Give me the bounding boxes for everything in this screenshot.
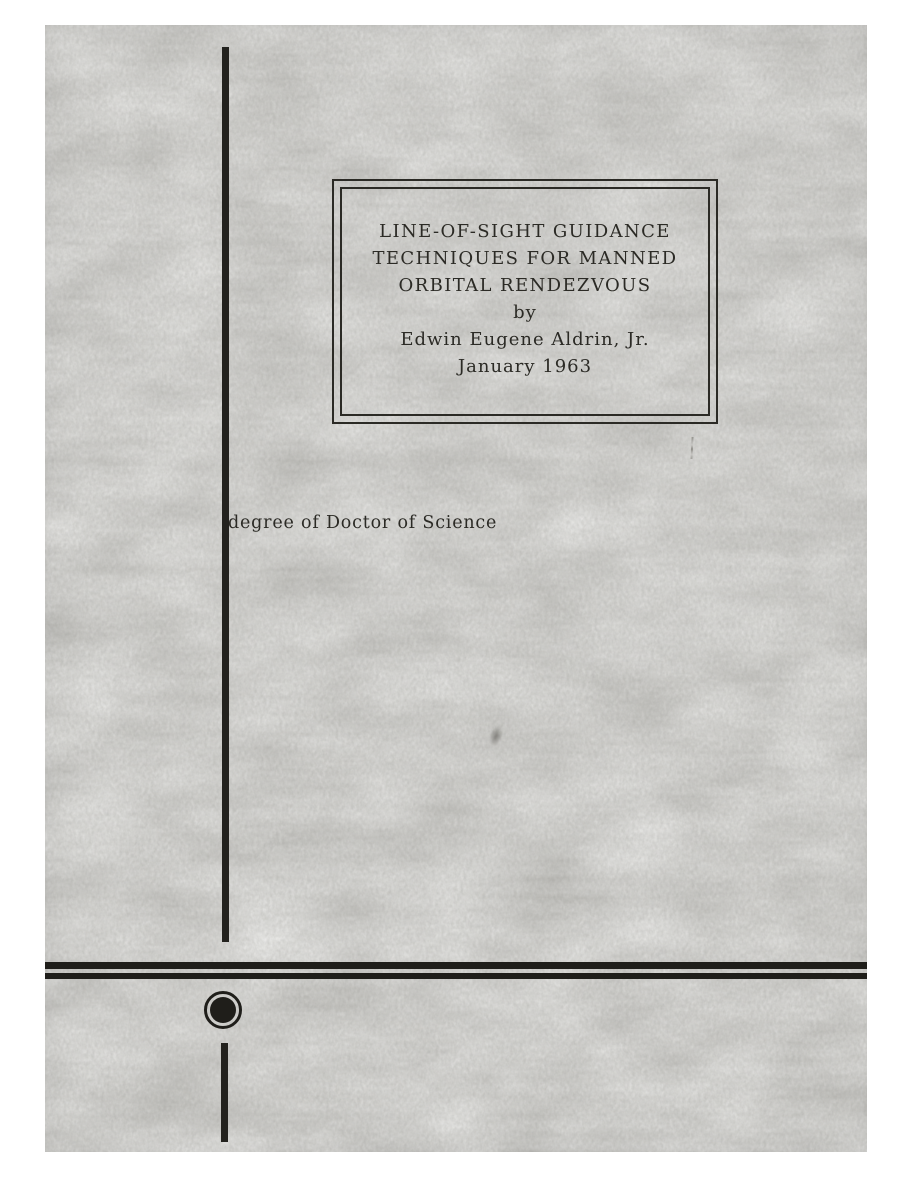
scanned-thesis-cover-page: LINE-OF-SIGHT GUIDANCE TECHNIQUES FOR MA…: [45, 25, 867, 1152]
bullseye-dot: [210, 997, 236, 1023]
thesis-title-line-3: ORBITAL RENDEZVOUS: [398, 272, 651, 299]
title-box-inner-border: LINE-OF-SIGHT GUIDANCE TECHNIQUES FOR MA…: [340, 187, 710, 416]
horizontal-rule-top: [45, 962, 867, 969]
scratch-mark: [690, 437, 693, 459]
thesis-title-line-1: LINE-OF-SIGHT GUIDANCE: [379, 218, 671, 245]
degree-note: degree of Doctor of Science: [228, 510, 497, 536]
publication-date: January 1963: [458, 353, 592, 380]
title-box: LINE-OF-SIGHT GUIDANCE TECHNIQUES FOR MA…: [332, 179, 718, 424]
vertical-rule-bottom: [221, 1043, 228, 1142]
bullseye-mark: [204, 991, 242, 1029]
byline: by: [513, 299, 537, 326]
author-name: Edwin Eugene Aldrin, Jr.: [400, 326, 649, 353]
smudge-mark: [483, 719, 509, 753]
thesis-title-line-2: TECHNIQUES FOR MANNED: [372, 245, 677, 272]
vertical-rule-top: [222, 47, 229, 942]
ink-layer: LINE-OF-SIGHT GUIDANCE TECHNIQUES FOR MA…: [45, 25, 867, 1152]
horizontal-rule-bottom: [45, 973, 867, 979]
